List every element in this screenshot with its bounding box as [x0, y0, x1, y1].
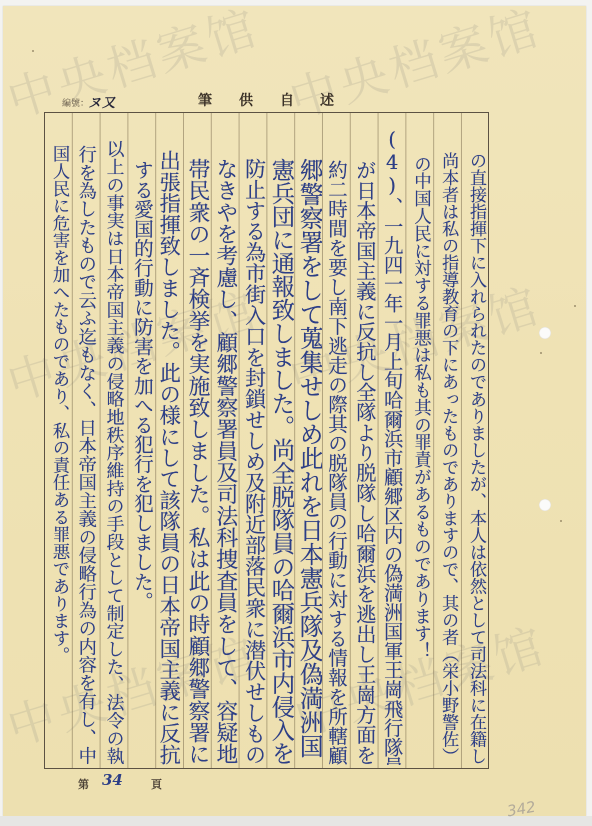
text-column: 行を為したもので云ふ迄もなく、日本帝国主義の侵略行為の内容を有し、中	[72, 145, 100, 765]
text-column: の中国人民に対する罪悪は私も其の罪責があるものであります！	[406, 155, 434, 660]
text-column: 約二時間を要し南下逃走の際其の脱隊員の行動に対する情報を所轄顧	[322, 160, 350, 765]
serial-number-value: ヌ又	[88, 92, 116, 111]
page-number-prefix: 第	[78, 776, 89, 792]
paper-speck	[560, 520, 562, 522]
form-title-char: 筆	[198, 90, 212, 110]
text-column: 尚本者は私の指導教育の下にあったものでありますので、其の者（栄小野警佐）	[433, 152, 461, 765]
binder-hole-icon	[539, 499, 551, 511]
text-column: する愛国的行動に防害を加へる犯行を犯しました。	[128, 160, 156, 611]
form-title-char: 述	[320, 90, 334, 110]
text-column: の直接指揮下に入れられたのでありましたが、本人は依然として司法科に在籍し	[461, 152, 489, 765]
paper-speck	[32, 50, 34, 52]
text-column: 帯民衆の一斉検挙を実施致しました。私は此の時顧郷警察署に	[183, 158, 211, 765]
page-number-suffix: 頁	[151, 776, 162, 792]
text-column: 郷警察署をして蒐集せしめ此れを日本憲兵隊及偽満洲国	[294, 158, 322, 765]
text-column: 国人民に危害を加へたものであり、私の責任ある罪悪であります。	[44, 145, 72, 664]
page-number: 34	[102, 771, 123, 789]
text-column: 防止する為市街入口を封鎖せしめ及附近部落民衆に潜伏せしもの	[239, 158, 267, 765]
scan-background-strip	[0, 816, 592, 826]
text-column: 以上の事実は日本帝国主義の侵略地秩序維持の手段として制定した、法令の執	[100, 140, 128, 765]
text-column: なきやを考慮し、顧郷警察署員及司法科捜査員をして、容疑地	[211, 158, 239, 765]
text-column: が日本帝国主義に反抗し全隊より脱隊し哈爾浜を逃出し王崗方面を	[350, 160, 378, 765]
text-column: 憲兵団に通報致しました。尚全脱隊員の哈爾浜市内侵入を	[267, 158, 295, 765]
form-title-char: 供	[239, 90, 253, 110]
text-column: (4)、一九四一年一月上旬哈爾浜市顧郷区内の偽満洲国軍王崗飛行隊員	[378, 128, 406, 765]
paper-speck	[574, 305, 576, 307]
binder-hole-icon	[539, 327, 551, 339]
form-title-char: 自	[280, 90, 294, 110]
paper-speck	[540, 352, 542, 354]
serial-number-label: 編號：	[62, 96, 89, 109]
text-column: 出張指揮致しました。此の様にして該隊員の日本帝国主義に反抗	[155, 150, 183, 765]
